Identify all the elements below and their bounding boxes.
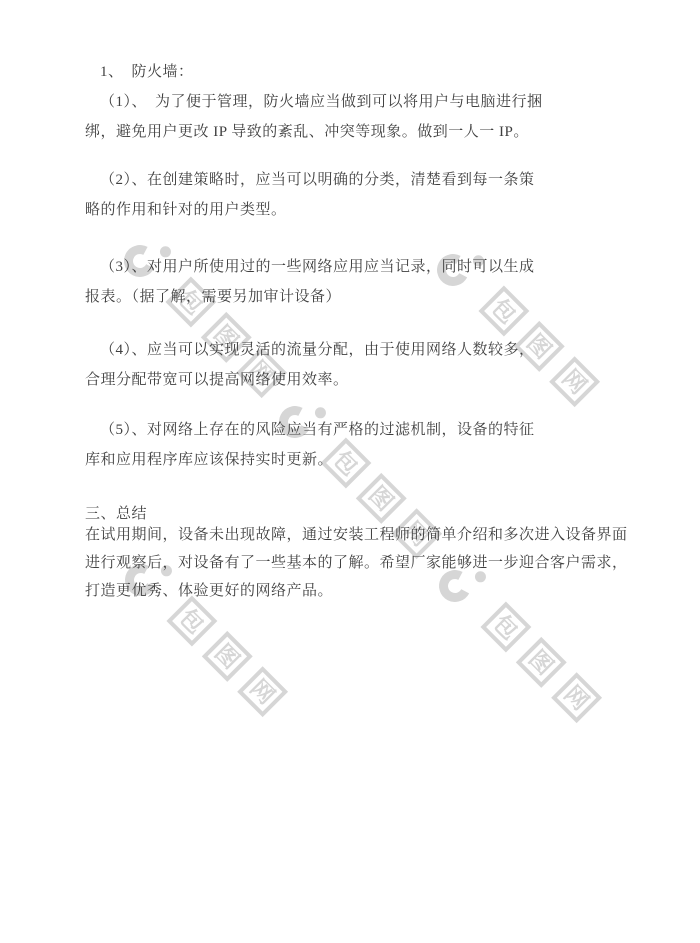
text-line: （3）、对用户所使用过的一些网络应用应当记录，同时可以生成 (85, 252, 665, 282)
text-line: 库和应用程序库应该保持实时更新。 (85, 445, 665, 475)
watermark-char: 包 (176, 605, 209, 638)
text-line: （4）、应当可以实现灵活的流量分配，由于使用网络人数较多， (85, 335, 665, 365)
firewall-item-4: （4）、应当可以实现灵活的流量分配，由于使用网络人数较多，合理分配带宽可以提高网… (85, 335, 665, 395)
text-line: 合理分配带宽可以提高网络使用效率。 (85, 365, 665, 395)
watermark-char-box: 网 (551, 672, 602, 723)
text-line: 在试用期间，设备未出现故障，通过安装工程师的简单介绍和多次进入设备界面 (85, 521, 665, 549)
text-line: 进行观察后，对设备有了一些基本的了解。希望厂家能够进一步迎合客户需求， (85, 549, 665, 577)
text-line: （5）、对网络上存在的风险应当有严格的过滤机制，设备的特征 (85, 415, 665, 445)
watermark-char-box: 图 (202, 631, 253, 682)
firewall-item-2: （2）、在创建策略时，应当可以明确的分类，清楚看到每一条策略的作用和针对的用户类… (85, 165, 665, 225)
text-line: （1）、 为了便于管理，防火墙应当做到可以将用户与电脑进行捆 (85, 87, 665, 117)
text-line: 打造更优秀、体验更好的网络产品。 (85, 577, 665, 605)
watermark-char: 图 (211, 640, 244, 673)
text-line: 略的作用和针对的用户类型。 (85, 195, 665, 225)
text-line: 报表。（据了解，需要另加审计设备） (85, 282, 665, 312)
watermark-char: 网 (560, 681, 593, 714)
firewall-item-3: （3）、对用户所使用过的一些网络应用应当记录，同时可以生成报表。（据了解，需要另… (85, 252, 665, 312)
text-line: （2）、在创建策略时，应当可以明确的分类，清楚看到每一条策 (85, 165, 665, 195)
summary-body: 在试用期间，设备未出现故障，通过安装工程师的简单介绍和多次进入设备界面进行观察后… (85, 521, 665, 605)
watermark-char: 包 (490, 611, 523, 644)
text-line: 1、 防火墙： (85, 57, 665, 87)
firewall-heading: 1、 防火墙： (85, 57, 665, 87)
watermark-char-box: 网 (237, 666, 288, 717)
watermark-char: 图 (525, 646, 558, 679)
watermark-char-box: 图 (516, 637, 567, 688)
watermark-char-box: 包 (480, 602, 531, 653)
firewall-item-1: （1）、 为了便于管理，防火墙应当做到可以将用户与电脑进行捆绑，避免用户更改 I… (85, 87, 665, 147)
text-line: 绑，避免用户更改 IP 导致的紊乱、冲突等现象。做到一人一 IP。 (85, 117, 665, 147)
firewall-item-5: （5）、对网络上存在的风险应当有严格的过滤机制，设备的特征库和应用程序库应该保持… (85, 415, 665, 475)
watermark-char: 网 (246, 675, 279, 708)
